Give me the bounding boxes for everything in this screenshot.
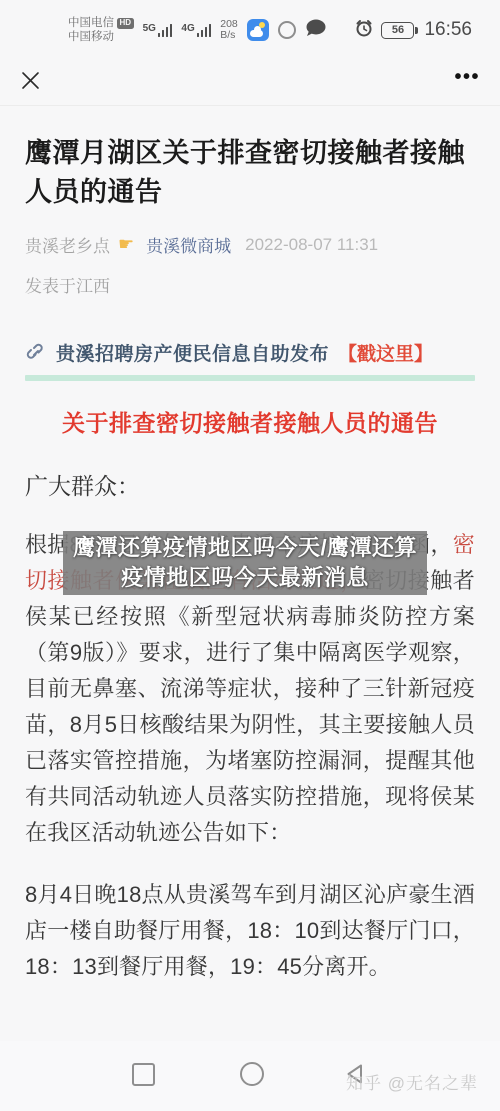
paragraph-2: 8月4日晚18点从贵溪驾车到月湖区沁庐豪生酒店一楼自助餐厅用餐，18：10到达餐… [25, 877, 475, 985]
watermark-overlay: 鹰潭还算疫情地区吗今天/鹰潭还算 疫情地区吗今天最新消息 [63, 531, 427, 595]
salutation: 广大群众： [25, 468, 475, 501]
page-header: ••• [0, 56, 500, 106]
promo-banner-link[interactable]: 贵溪招聘房产便民信息自助发布 【戳这里】 [25, 339, 475, 366]
android-nav-bar: 知乎 @无名之辈 [0, 1041, 500, 1111]
clock-time: 16:56 [424, 19, 472, 41]
close-icon[interactable] [20, 70, 41, 91]
watermark-line-2: 疫情地区吗今天最新消息 [121, 563, 369, 593]
home-circle-icon[interactable] [240, 1062, 264, 1086]
volte-hd-icon: HD [117, 18, 134, 29]
signal-4g-icon: 4G [181, 24, 211, 37]
paragraph-1-rest: 密切接触者侯某已经按照《新型冠状病毒肺炎防控方案（第9版）》要求，进行了集中隔离… [25, 568, 475, 845]
publish-date: 2022-08-07 11:31 [245, 235, 378, 255]
signal-5g-icon: 5G [143, 24, 173, 37]
chat-bubble-icon [305, 18, 327, 43]
promo-cta: 【戳这里】 [338, 339, 433, 366]
weather-app-icon [247, 19, 269, 41]
watermark-line-1: 鹰潭还算疫情地区吗今天/鹰潭还算 [73, 533, 417, 563]
zhihu-watermark: 知乎 @无名之辈 [346, 1069, 478, 1094]
battery-icon: 56 [381, 22, 414, 39]
network-speed: 208 B/s [220, 19, 238, 41]
sync-circle-icon [278, 21, 296, 39]
status-right-cluster: 56 16:56 [354, 18, 472, 43]
promo-text: 贵溪招聘房产便民信息自助发布 [56, 339, 329, 366]
notice-heading: 关于排查密切接触者接触人员的通告 [25, 405, 475, 438]
status-bar: 中国电信 HD 中国移动 5G 4G 208 B/s [0, 0, 500, 56]
link-chain-icon [25, 342, 47, 364]
carrier-primary-label: 中国电信 [68, 16, 114, 30]
article-title: 鹰潭月湖区关于排查密切接触者接触人员的通告 [25, 134, 475, 212]
pointing-hand-icon: ☛ [118, 234, 134, 255]
promo-underline-bar [25, 375, 475, 381]
recents-square-icon[interactable] [132, 1063, 155, 1086]
publish-location: 发表于江西 [25, 272, 475, 297]
carrier-secondary-label: 中国移动 [68, 30, 134, 44]
author-name[interactable]: 贵溪老乡点 [25, 232, 110, 257]
byline: 贵溪老乡点 ☛ 贵溪微商城 2022-08-07 11:31 [25, 232, 475, 257]
status-left-cluster: 中国电信 HD 中国移动 5G 4G 208 B/s [68, 16, 327, 44]
more-options-icon[interactable]: ••• [454, 72, 480, 90]
alarm-clock-icon [354, 18, 374, 43]
account-link[interactable]: 贵溪微商城 [146, 232, 231, 257]
carrier-block: 中国电信 HD 中国移动 [68, 16, 134, 44]
phone-screen: 中国电信 HD 中国移动 5G 4G 208 B/s [0, 0, 500, 1111]
